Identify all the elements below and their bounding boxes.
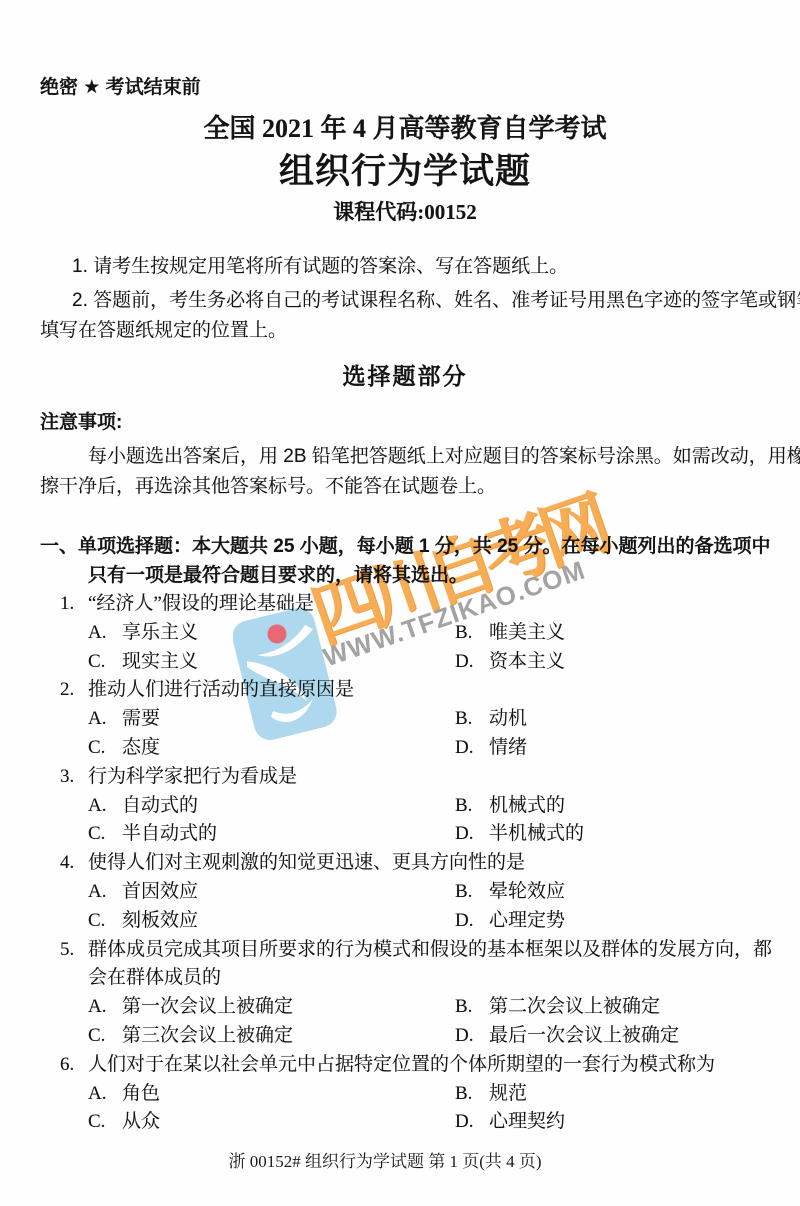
option-text: 第三次会议上被确定	[122, 1025, 293, 1046]
question-2: 2.推动人们进行活动的直接原因是 A.需要 B.动机 C.态度 D.情绪	[40, 676, 770, 762]
option-D: D.半机械式的	[455, 820, 584, 849]
option-label: B.	[455, 792, 489, 821]
question-stem-text: “经济人”假设的理论基础是	[88, 593, 314, 614]
option-label: D.	[455, 648, 489, 677]
general-instruction-2-line1: 2. 答题前，考生务必将自己的考试课程名称、姓名、准考证号用黑色字迹的签字笔或钢…	[40, 286, 770, 316]
option-text: 心理契约	[489, 1111, 565, 1132]
option-label: B.	[455, 1080, 489, 1109]
notes-line-1: 每小题选出答案后，用 2B 铅笔把答题纸上对应题目的答案标号涂黑。如需改动，用橡…	[40, 442, 770, 472]
question-6: 6.人们对于在某以社会单元中占据特定位置的个体所期望的一套行为模式称为 A.角色…	[40, 1051, 770, 1137]
option-B: B.动机	[455, 705, 527, 734]
option-A: A.自动式的	[88, 792, 455, 821]
option-text: 半机械式的	[489, 823, 584, 844]
question-stem-text: 人们对于在某以社会单元中占据特定位置的个体所期望的一套行为模式称为	[88, 1054, 715, 1075]
option-text: 第二次会议上被确定	[489, 996, 660, 1017]
option-C: C.现实主义	[88, 648, 455, 677]
option-A: A.角色	[88, 1080, 455, 1109]
question-4-options-ab: A.首因效应 B.晕轮效应	[88, 878, 770, 907]
exam-paper-page: 四川自考网 WWW.TFZIKAO.COM 绝密 ★ 考试结束前 全国 2021…	[0, 0, 800, 1206]
option-label: C.	[88, 1022, 122, 1051]
option-C: C.第三次会议上被确定	[88, 1022, 455, 1051]
option-text: 刻板效应	[122, 910, 198, 931]
question-3-options-ab: A.自动式的 B.机械式的	[88, 792, 770, 821]
option-text: 最后一次会议上被确定	[489, 1025, 679, 1046]
question-2-options-ab: A.需要 B.动机	[88, 705, 770, 734]
general-instruction-2-line2: 填写在答题纸规定的位置上。	[40, 316, 770, 346]
question-stem-text: 行为科学家把行为看成是	[88, 766, 297, 787]
page-footer: 浙 00152# 组织行为学试题 第 1 页(共 4 页)	[0, 1150, 770, 1174]
subject-title: 组织行为学试题	[40, 150, 770, 194]
question-6-options-ab: A.角色 B.规范	[88, 1080, 770, 1109]
option-text: 唯美主义	[489, 622, 565, 643]
option-B: B.唯美主义	[455, 619, 565, 648]
question-5-options-cd: C.第三次会议上被确定 D.最后一次会议上被确定	[88, 1022, 770, 1051]
question-2-options-cd: C.态度 D.情绪	[88, 734, 770, 763]
option-A: A.首因效应	[88, 878, 455, 907]
section-heading-line2: 只有一项是最符合题目要求的，请将其选出。	[40, 561, 770, 590]
question-1-options-ab: A.享乐主义 B.唯美主义	[88, 619, 770, 648]
question-1-stem: 1.“经济人”假设的理论基础是	[40, 590, 770, 619]
option-label: D.	[455, 734, 489, 763]
option-text: 享乐主义	[122, 622, 198, 643]
option-D: D.心理契约	[455, 1108, 565, 1137]
option-label: A.	[88, 1080, 122, 1109]
option-B: B.第二次会议上被确定	[455, 993, 660, 1022]
question-5: 5.群体成员完成其项目所要求的行为模式和假设的基本框架以及群体的发展方向，都 会…	[40, 936, 770, 1051]
option-D: D.最后一次会议上被确定	[455, 1022, 679, 1051]
option-label: B.	[455, 993, 489, 1022]
option-text: 晕轮效应	[489, 881, 565, 902]
section-heading-line1: 一、单项选择题：本大题共 25 小题，每小题 1 分，共 25 分。在每小题列出…	[40, 532, 770, 561]
option-C: C.半自动式的	[88, 820, 455, 849]
option-label: A.	[88, 619, 122, 648]
option-label: C.	[88, 907, 122, 936]
question-3-stem: 3.行为科学家把行为看成是	[40, 763, 770, 792]
question-number: 5.	[60, 936, 88, 965]
question-number: 2.	[60, 676, 88, 705]
question-stem-text: 会在群体成员的	[88, 967, 221, 988]
question-4-stem: 4.使得人们对主观刺激的知觉更迅速、更具方向性的是	[40, 849, 770, 878]
option-label: B.	[455, 878, 489, 907]
option-C: C.态度	[88, 734, 455, 763]
option-label: D.	[455, 1022, 489, 1051]
question-number: 3.	[60, 763, 88, 792]
question-2-stem: 2.推动人们进行活动的直接原因是	[40, 676, 770, 705]
option-text: 动机	[489, 708, 527, 729]
option-label: A.	[88, 705, 122, 734]
question-3: 3.行为科学家把行为看成是 A.自动式的 B.机械式的 C.半自动式的 D.半机…	[40, 763, 770, 849]
option-label: B.	[455, 705, 489, 734]
question-stem-text: 群体成员完成其项目所要求的行为模式和假设的基本框架以及群体的发展方向，都	[88, 939, 772, 960]
option-label: C.	[88, 1108, 122, 1137]
question-3-options-cd: C.半自动式的 D.半机械式的	[88, 820, 770, 849]
option-text: 从众	[122, 1111, 160, 1132]
question-number: 6.	[60, 1051, 88, 1080]
question-number: 1.	[60, 590, 88, 619]
question-5-stem: 5.群体成员完成其项目所要求的行为模式和假设的基本框架以及群体的发展方向，都	[40, 936, 770, 965]
option-text: 资本主义	[489, 651, 565, 672]
option-text: 首因效应	[122, 881, 198, 902]
option-text: 机械式的	[489, 795, 565, 816]
question-5-options-ab: A.第一次会议上被确定 B.第二次会议上被确定	[88, 993, 770, 1022]
option-label: D.	[455, 1108, 489, 1137]
general-instruction-1: 1. 请考生按规定用笔将所有试题的答案涂、写在答题纸上。	[40, 252, 770, 282]
option-D: D.资本主义	[455, 648, 565, 677]
option-text: 心理定势	[489, 910, 565, 931]
option-label: D.	[455, 820, 489, 849]
option-label: D.	[455, 907, 489, 936]
notes-heading: 注意事项:	[40, 408, 770, 438]
option-text: 现实主义	[122, 651, 198, 672]
option-text: 情绪	[489, 737, 527, 758]
exam-content: 绝密 ★ 考试结束前 全国 2021 年 4 月高等教育自学考试 组织行为学试题…	[0, 0, 800, 1206]
option-text: 态度	[122, 737, 160, 758]
question-6-stem: 6.人们对于在某以社会单元中占据特定位置的个体所期望的一套行为模式称为	[40, 1051, 770, 1080]
option-A: A.享乐主义	[88, 619, 455, 648]
question-number: 4.	[60, 849, 88, 878]
question-stem-text: 使得人们对主观刺激的知觉更迅速、更具方向性的是	[88, 852, 525, 873]
option-text: 规范	[489, 1083, 527, 1104]
option-label: C.	[88, 648, 122, 677]
option-D: D.心理定势	[455, 907, 565, 936]
exam-title: 全国 2021 年 4 月高等教育自学考试	[40, 112, 770, 146]
option-B: B.规范	[455, 1080, 527, 1109]
option-label: A.	[88, 792, 122, 821]
option-D: D.情绪	[455, 734, 527, 763]
course-code: 课程代码:00152	[40, 198, 770, 226]
question-1: 1.“经济人”假设的理论基础是 A.享乐主义 B.唯美主义 C.现实主义 D.资…	[40, 590, 770, 676]
option-label: C.	[88, 734, 122, 763]
option-A: A.第一次会议上被确定	[88, 993, 455, 1022]
classification-label: 绝密 ★ 考试结束前	[40, 76, 770, 100]
option-label: A.	[88, 993, 122, 1022]
option-label: C.	[88, 820, 122, 849]
part-heading: 选择题部分	[40, 360, 770, 392]
question-5-stem-line2: 会在群体成员的	[40, 964, 770, 993]
notes-line-2: 擦干净后，再选涂其他答案标号。不能答在试题卷上。	[40, 472, 770, 502]
question-stem-text: 推动人们进行活动的直接原因是	[88, 679, 354, 700]
option-label: A.	[88, 878, 122, 907]
option-B: B.机械式的	[455, 792, 565, 821]
option-text: 需要	[122, 708, 160, 729]
question-4-options-cd: C.刻板效应 D.心理定势	[88, 907, 770, 936]
question-1-options-cd: C.现实主义 D.资本主义	[88, 648, 770, 677]
option-label: B.	[455, 619, 489, 648]
question-6-options-cd: C.从众 D.心理契约	[88, 1108, 770, 1137]
option-text: 角色	[122, 1083, 160, 1104]
option-text: 自动式的	[122, 795, 198, 816]
option-B: B.晕轮效应	[455, 878, 565, 907]
question-4: 4.使得人们对主观刺激的知觉更迅速、更具方向性的是 A.首因效应 B.晕轮效应 …	[40, 849, 770, 935]
option-A: A.需要	[88, 705, 455, 734]
option-text: 半自动式的	[122, 823, 217, 844]
option-C: C.刻板效应	[88, 907, 455, 936]
option-text: 第一次会议上被确定	[122, 996, 293, 1017]
option-C: C.从众	[88, 1108, 455, 1137]
